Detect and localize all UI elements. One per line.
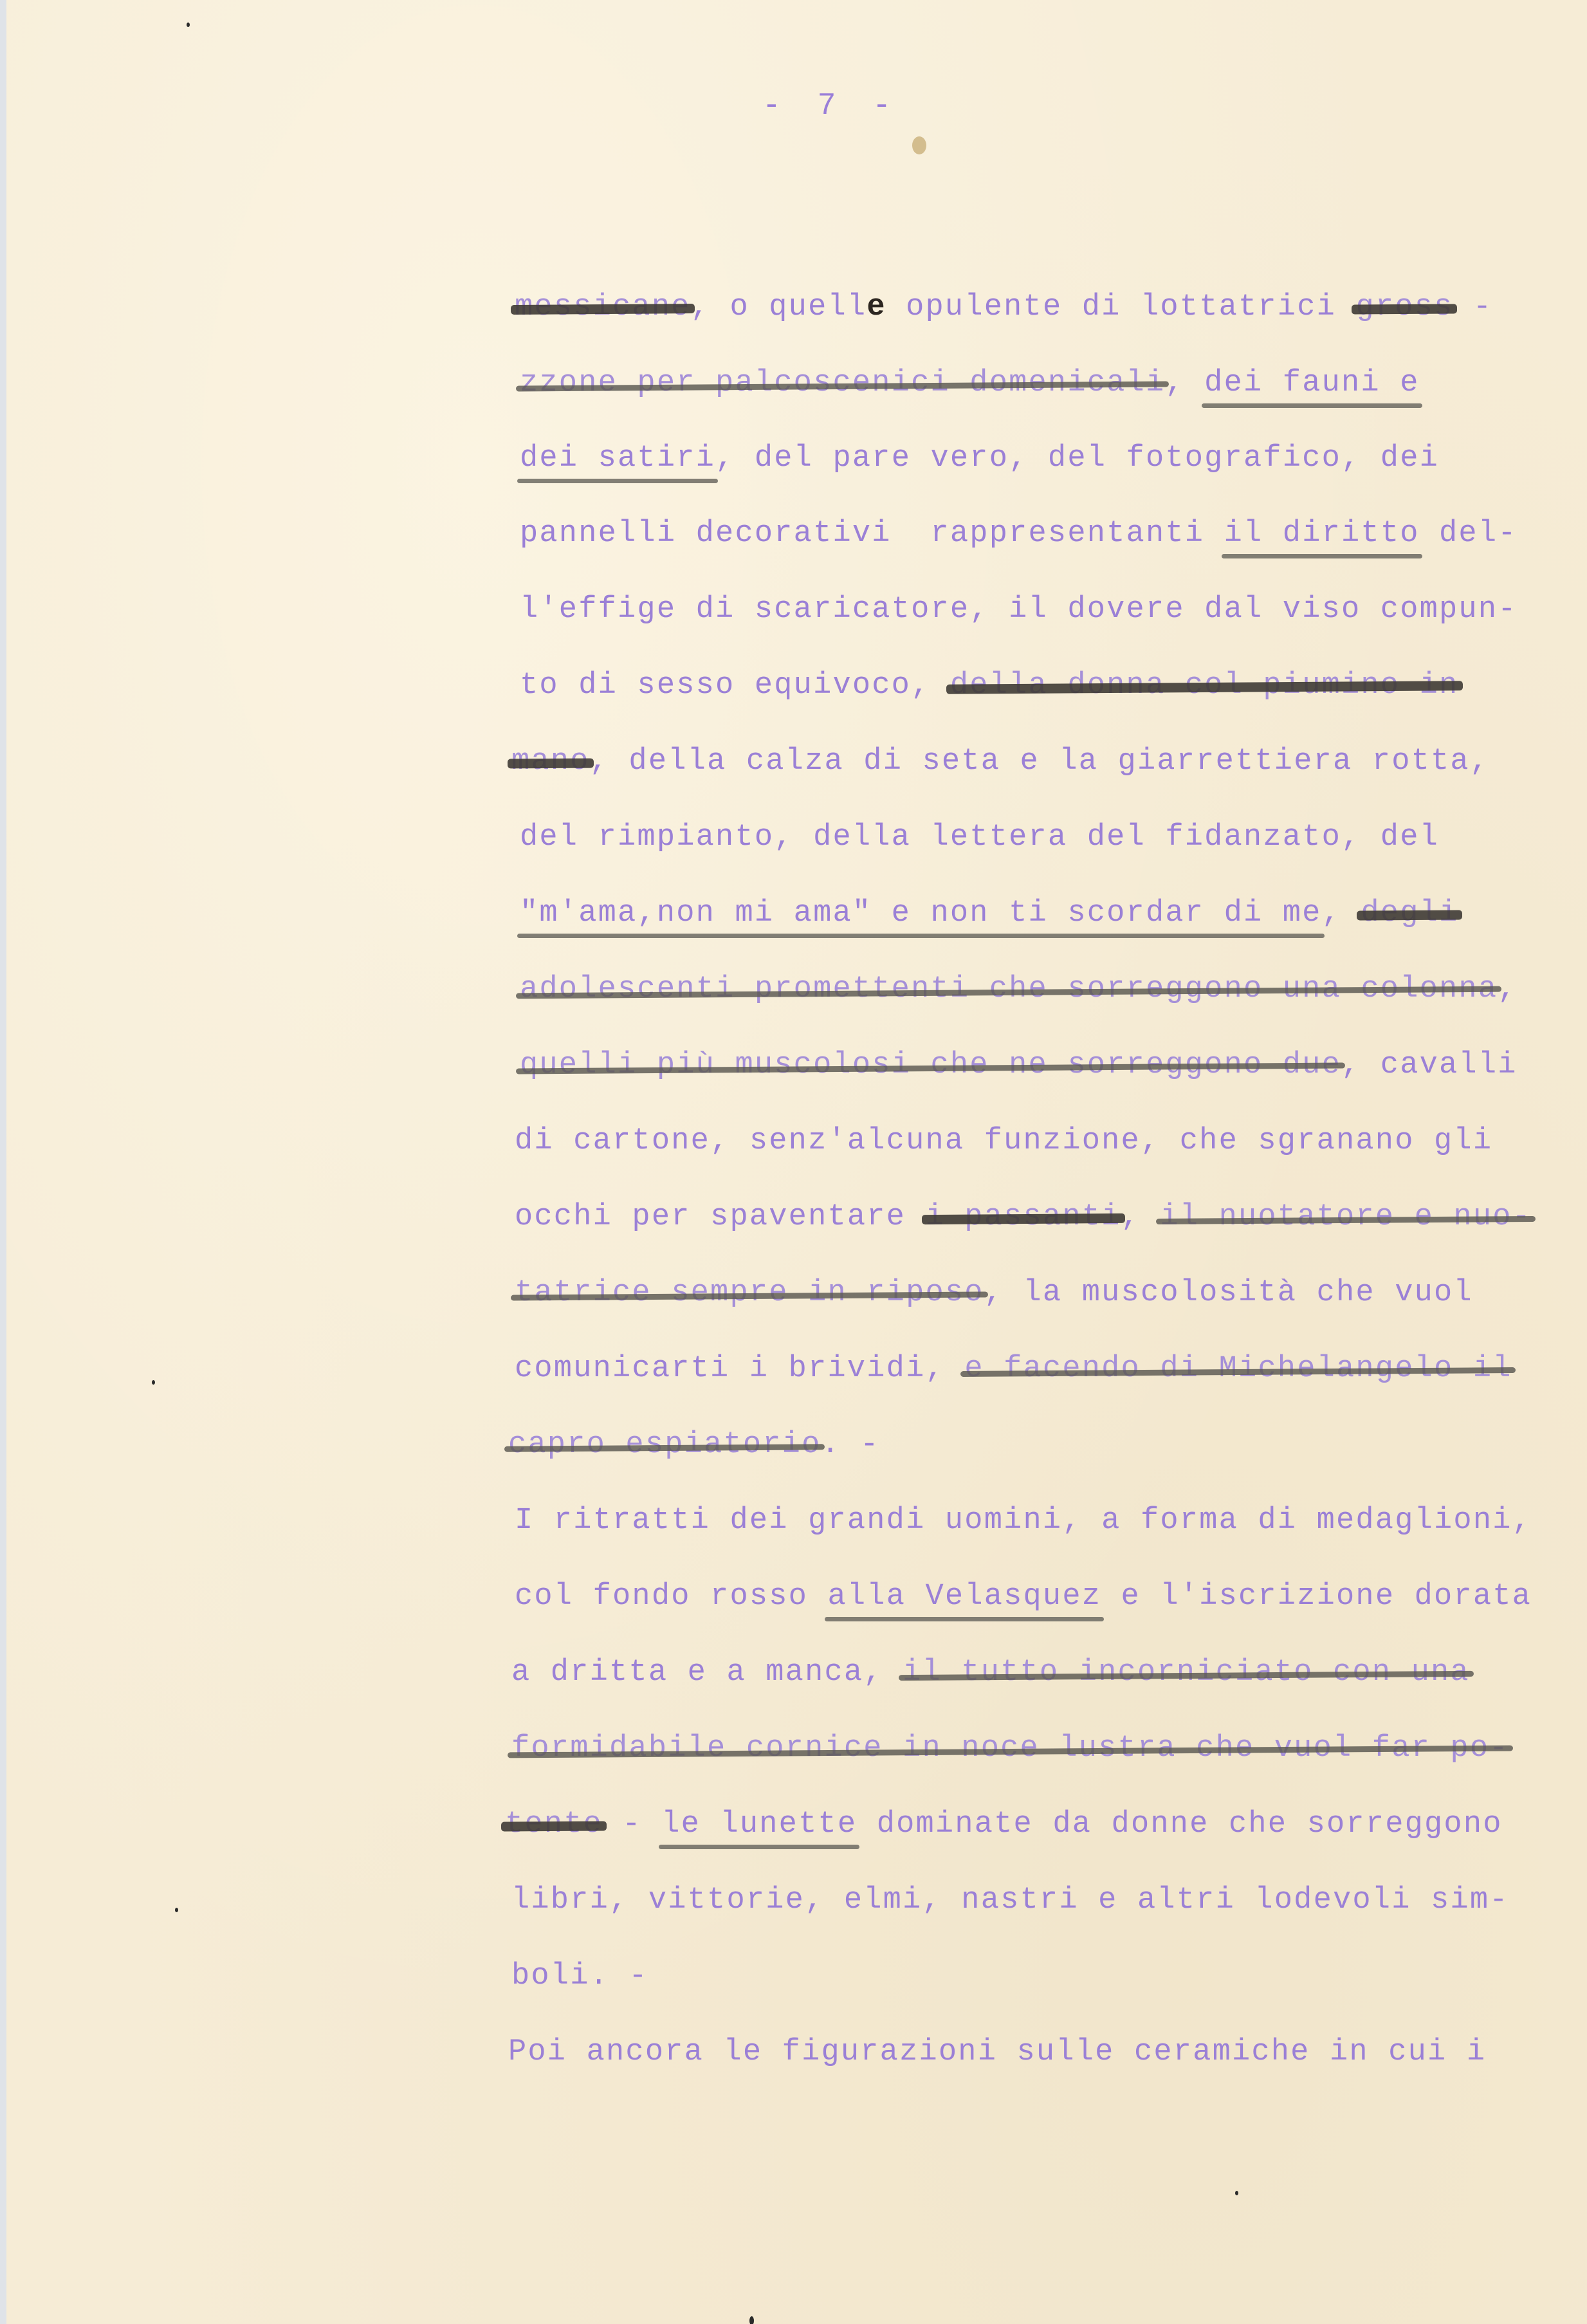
- struck-text: gross: [1355, 290, 1453, 324]
- text-line: di cartone, senz'alcuna funzione, che sg…: [515, 1122, 1492, 1161]
- text-line: del rimpianto, della lettera del fidanza…: [520, 818, 1439, 857]
- underlined-text: dei satiri: [520, 441, 715, 475]
- struck-text: messicane: [515, 290, 691, 324]
- struck-text: tente: [505, 1807, 603, 1841]
- typed-text: ,: [926, 1352, 965, 1386]
- text-line: dei satiri, del pare vero, del fotografi…: [520, 439, 1439, 478]
- text-line: boli. -: [511, 1957, 648, 1996]
- scan-edge: [0, 0, 6, 2324]
- text-line: mano, della calza di seta e la giarretti…: [511, 742, 1489, 781]
- typed-text: , la muscolosità che vuol: [984, 1276, 1473, 1310]
- struck-text: capro espiatorio: [508, 1428, 821, 1462]
- struck-text: quelli più muscolosi che ne sorreggono d…: [520, 1048, 1341, 1082]
- typed-text: e l'iscrizione dorata: [1101, 1580, 1532, 1614]
- typed-text: del-: [1420, 517, 1518, 551]
- typed-text: ,: [1121, 1200, 1160, 1234]
- text-line: tatrice sempre in riposo, la muscolosità…: [515, 1274, 1473, 1313]
- speck: [1235, 2191, 1238, 2195]
- text-line: a dritta e a manca, il tutto incorniciat…: [511, 1654, 1470, 1692]
- typed-text: , del pare vero, del fotografico, dei: [715, 441, 1439, 475]
- speck: [152, 1380, 155, 1385]
- underlined-text: alla Velasquez: [827, 1580, 1101, 1614]
- text-line: comunicarti i brividi, e facendo di Mich…: [515, 1350, 1512, 1388]
- struck-text: e facendo di Michelangelo il: [964, 1352, 1512, 1386]
- text-line: to di sesso equivoco, della donna col pi…: [520, 667, 1458, 705]
- typed-text: ,: [1322, 896, 1361, 930]
- speck: [749, 2316, 754, 2324]
- struck-text: degli: [1361, 896, 1458, 930]
- struck-text: mano: [511, 744, 590, 779]
- typed-text: pannelli decorativi rappresentanti: [520, 517, 1224, 551]
- text-line: capro espiatorio. -: [508, 1426, 880, 1464]
- underlined-text: "m'ama,non mi ama" e non ti scordar di m…: [520, 896, 1322, 930]
- text-line: occhi per spaventare i passanti, il nuot…: [515, 1198, 1532, 1237]
- typed-text: , o quell: [691, 290, 867, 324]
- text-line: libri, vittorie, elmi, nastri e altri lo…: [511, 1881, 1509, 1920]
- struck-text: zzone per palcoscenici domenicali: [520, 366, 1165, 400]
- typed-text: del rimpianto, della lettera del fidanza…: [520, 820, 1439, 854]
- text-line: formidabile cornice in noce lustra che v…: [511, 1729, 1509, 1768]
- text-line: Poi ancora le figurazioni sulle ceramich…: [508, 2033, 1486, 2072]
- underlined-text: il diritto: [1224, 517, 1420, 551]
- typed-text: ,: [1165, 366, 1204, 400]
- text-line: "m'ama,non mi ama" e non ti scordar di m…: [520, 894, 1458, 933]
- struck-text: i passanti: [926, 1200, 1121, 1234]
- typed-text: ,: [1498, 972, 1517, 1006]
- underlined-text: dei fauni e: [1204, 366, 1419, 400]
- text-line: adolescenti promettenti che sorreggono u…: [520, 970, 1518, 1009]
- typed-text: di cartone, senz'alcuna funzione, che sg…: [515, 1124, 1492, 1158]
- speck: [175, 1908, 178, 1912]
- typed-text: . -: [821, 1428, 879, 1462]
- typed-text: a dritta e a manca,: [511, 1655, 903, 1690]
- text-line: quelli più muscolosi che ne sorreggono d…: [520, 1046, 1518, 1085]
- struck-text: della donna col piumino in: [950, 669, 1459, 703]
- typed-text: comunicarti i brividi: [515, 1352, 926, 1386]
- page-number: - 7 -: [762, 89, 900, 124]
- typed-text: to di sesso equivoco,: [520, 669, 950, 703]
- text-line: messicane, o quelle opulente di lottatri…: [515, 288, 1492, 327]
- text-line: tente - le lunette dominate da donne che…: [505, 1805, 1503, 1844]
- struck-text: tatrice sempre in riposo: [515, 1276, 984, 1310]
- struck-text: formidabile cornice in noce lustra che v…: [511, 1731, 1509, 1766]
- struck-text: il tutto incorniciato con una: [903, 1655, 1470, 1690]
- text-line: pannelli decorativi rappresentanti il di…: [520, 515, 1518, 553]
- typed-text: dominate da donne che sorreggono: [857, 1807, 1502, 1841]
- typed-text: occhi per spaventare: [515, 1200, 926, 1234]
- typed-text: -: [603, 1807, 661, 1841]
- speck: [187, 23, 190, 27]
- text-line: I ritratti dei grandi uomini, a forma di…: [515, 1502, 1532, 1540]
- struck-text: adolescenti promettenti che sorreggono u…: [520, 972, 1498, 1006]
- text-line: zzone per palcoscenici domenicali, dei f…: [520, 364, 1420, 403]
- handwritten-correction: e: [867, 290, 886, 324]
- underlined-text: le lunette: [661, 1807, 857, 1841]
- typed-text: l'effige di scaricatore, il dovere dal v…: [520, 593, 1518, 627]
- text-line: l'effige di scaricatore, il dovere dal v…: [520, 591, 1518, 629]
- text-line: col fondo rosso alla Velasquez e l'iscri…: [515, 1578, 1532, 1616]
- typed-text: -: [1453, 290, 1492, 324]
- typed-text: Poi ancora le figurazioni sulle ceramich…: [508, 2035, 1486, 2069]
- typed-text: boli. -: [511, 1959, 648, 1993]
- typed-text: col fondo rosso: [515, 1580, 827, 1614]
- struck-text: il nuotatore e nuo-: [1160, 1200, 1532, 1234]
- typed-text: , della calza di seta e la giarrettiera …: [590, 744, 1490, 779]
- typed-text: opulente di lottatrici: [886, 290, 1356, 324]
- ink-stain: [912, 136, 926, 154]
- typed-text: libri, vittorie, elmi, nastri e altri lo…: [511, 1883, 1509, 1917]
- typed-text: , cavalli: [1341, 1048, 1518, 1082]
- typed-text: I ritratti dei grandi uomini, a forma di…: [515, 1504, 1532, 1538]
